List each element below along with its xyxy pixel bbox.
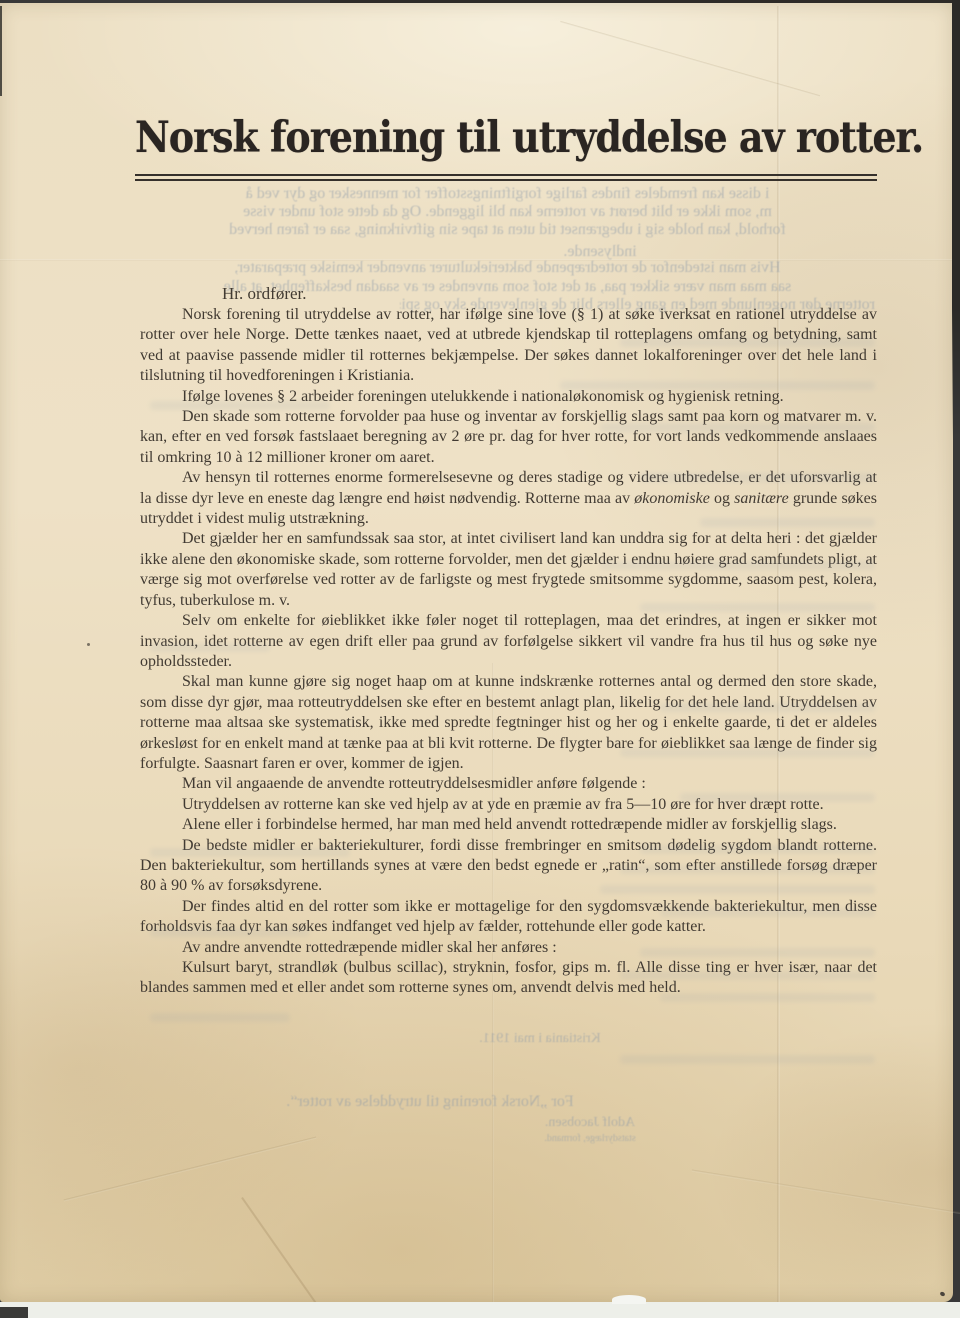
scanner-edge-top — [330, 0, 960, 3]
text-run: Norsk forening til utryddelse av rotter,… — [140, 306, 877, 384]
paragraph: Alene eller i forbindelse hermed, har ma… — [140, 815, 877, 835]
bleedthrough-text: i disse kan fremdeles findes farlige for… — [140, 185, 875, 203]
bleedthrough-text: For „Norsk forening til utryddelse av ro… — [195, 1093, 665, 1111]
document-body: Norsk forening til utryddelse av rotter,… — [140, 305, 877, 999]
paper-edge-tear — [612, 1295, 646, 1304]
text-run: Alene eller i forbindelse hermed, har ma… — [182, 816, 837, 833]
diagonal-crease-bottom-right — [692, 1170, 960, 1219]
paragraph: Det gjælder her en samfundssak saa stor,… — [140, 529, 877, 611]
italic-text: sanitære — [734, 490, 789, 507]
paragraph: Man vil angaaende de anvendte rotteutryd… — [140, 774, 877, 794]
paragraph: De bedste midler er bakteriekulturer, fo… — [140, 836, 877, 897]
scanner-edge-left — [0, 6, 2, 96]
document-title: Norsk forening til utryddelse av rotter. — [135, 111, 875, 162]
text-run: Ifølge lovenes § 2 arbeider foreningen u… — [182, 388, 784, 405]
bleedthrough-text: m, som ikke er blit berørt av rotterne k… — [140, 203, 875, 221]
paragraph: Selv om enkelte for øieblikket ikke føle… — [140, 611, 877, 672]
scanner-background — [0, 1302, 960, 1318]
paragraph: Norsk forening til utryddelse av rotter,… — [140, 305, 877, 387]
diagonal-crease-bottom-left — [64, 1137, 317, 1202]
text-run: Skal man kunne gjøre sig noget haap om a… — [140, 673, 877, 772]
bleedthrough-text: forhold, kan holde sig i ubegrænset tid … — [140, 221, 875, 239]
italic-text: økonomiske — [634, 490, 710, 507]
scanned-document-page: i disse kan fremdeles findes farlige for… — [0, 0, 960, 1318]
text-run: Kulsurt baryt, strandløk (bulbus scillac… — [140, 959, 877, 996]
text-run: De bedste midler er bakteriekulturer, fo… — [140, 837, 877, 895]
text-run: Av andre anvendte rottedræpende midler s… — [182, 939, 557, 956]
paper-sheet: i disse kan fremdeles findes farlige for… — [0, 3, 953, 1302]
ink-speck — [87, 643, 90, 646]
bleedthrough-text: Kristiania i mai 1911. — [440, 1031, 640, 1047]
horizontal-crease — [0, 259, 953, 261]
bleedthrough-streak — [150, 1013, 290, 1022]
bleedthrough-text: Hvis man istedenfor de rottedræpende bak… — [140, 259, 875, 277]
paragraph: Ifølge lovenes § 2 arbeider foreningen u… — [140, 387, 877, 407]
paragraph: Der findes altid en del rotter som ikke … — [140, 897, 877, 938]
title-double-rule — [135, 174, 877, 181]
paragraph: Den skade som rotterne forvolder paa hus… — [140, 407, 877, 468]
scanner-edge-right — [952, 0, 960, 440]
text-run: Man vil angaaende de anvendte rotteutryd… — [182, 775, 646, 792]
paragraph: Utryddelsen av rotterne kan ske ved hjel… — [140, 795, 877, 815]
paragraph: Kulsurt baryt, strandløk (bulbus scillac… — [140, 958, 877, 999]
text-run: Den skade som rotterne forvolder paa hus… — [140, 408, 877, 466]
paragraph: Av andre anvendte rottedræpende midler s… — [140, 938, 877, 958]
paragraph: Av hensyn til rotternes enorme formerels… — [140, 468, 877, 529]
bleedthrough-text: Adolf Jacobsen. — [505, 1115, 675, 1131]
text-run: Det gjælder her en samfundssak saa stor,… — [140, 530, 877, 608]
diagonal-crease-top — [560, 21, 820, 97]
salutation: Hr. ordfører. — [222, 284, 307, 304]
bleedthrough-text: statsdyrlæge, formand. — [515, 1133, 665, 1144]
text-run: Selv om enkelte for øieblikket ikke føle… — [140, 612, 877, 670]
text-run: Utryddelsen av rotterne kan ske ved hjel… — [182, 796, 824, 813]
text-run: og — [710, 490, 734, 507]
paragraph: Skal man kunne gjøre sig noget haap om a… — [140, 672, 877, 774]
scanner-corner-shadow — [0, 1307, 28, 1318]
text-run: Der findes altid en del rotter som ikke … — [140, 898, 877, 935]
bleedthrough-text: indlysende. — [430, 243, 770, 261]
diagonal-crease-bottom-left-2 — [241, 1197, 329, 1318]
ink-speck — [939, 1291, 945, 1297]
bleedthrough-streak — [620, 1055, 875, 1064]
